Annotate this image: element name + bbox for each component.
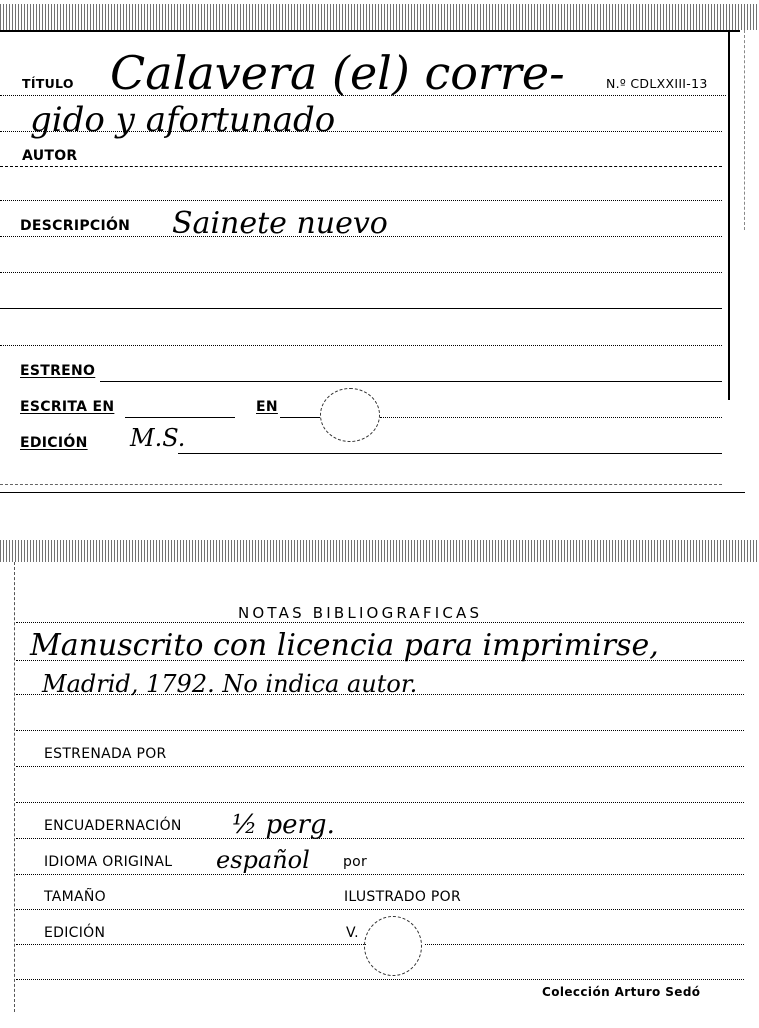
edicion-value: M.S.	[130, 424, 185, 452]
card-separator	[0, 492, 745, 493]
encuadernacion-line	[16, 838, 744, 839]
notas-line-2	[16, 660, 744, 661]
encuadernacion-value: ½ perg.	[232, 810, 335, 840]
idioma-line	[16, 874, 744, 875]
notas-heading: NOTAS BIBLIOGRAFICAS	[238, 604, 482, 622]
edicion-back-line	[16, 944, 366, 945]
idioma-original-label: IDIOMA ORIGINAL	[44, 854, 172, 870]
estrenada-por-line-2	[16, 802, 744, 803]
scan-noise-mid	[0, 540, 759, 562]
stamp-mark-back	[364, 916, 422, 976]
edicion-line	[178, 453, 722, 454]
en-line	[280, 417, 320, 418]
catalog-number: N.º CDLXXIII-13	[606, 76, 708, 91]
en-line-2	[380, 417, 722, 418]
escrita-en-line	[125, 417, 235, 418]
collection-credit: Colección Arturo Sedó	[542, 985, 700, 999]
descripcion-line-3	[0, 308, 722, 309]
descripcion-top-line	[0, 200, 722, 201]
autor-label: AUTOR	[22, 148, 78, 164]
bottom-line	[16, 979, 744, 980]
tamano-label: TAMAÑO	[44, 889, 106, 905]
titulo-line-2	[0, 131, 722, 132]
descripcion-line	[0, 236, 722, 237]
escrita-en-label: ESCRITA EN	[20, 399, 114, 415]
card-bottom-line	[0, 484, 722, 485]
card-right-border	[728, 30, 730, 400]
ilustrado-por-label: ILUSTRADO POR	[344, 889, 461, 905]
scan-edge	[744, 30, 745, 230]
scan-noise-top	[0, 4, 759, 30]
notas-line-3	[16, 694, 744, 695]
notas-line1: Manuscrito con licencia para imprimirse,	[30, 628, 659, 663]
card-left-border	[14, 562, 15, 1012]
por-label: por	[343, 854, 367, 870]
tamano-line	[16, 909, 744, 910]
stamp-mark	[320, 388, 380, 442]
descripcion-line-2	[0, 272, 722, 273]
notas-line-4	[16, 730, 744, 731]
edicion-label: EDICIÓN	[20, 435, 88, 451]
titulo-value-line1: Calavera (el) corre-	[110, 46, 565, 100]
titulo-value-line2: gido y afortunado	[30, 100, 335, 140]
autor-line	[0, 166, 722, 167]
edicion-back-line-2	[425, 944, 744, 945]
titulo-label: TÍTULO	[22, 76, 74, 91]
estrenada-por-line	[16, 766, 744, 767]
encuadernacion-label: ENCUADERNACIÓN	[44, 818, 182, 834]
estreno-label: ESTRENO	[20, 363, 95, 379]
estreno-line	[100, 381, 722, 382]
descripcion-line-4	[0, 345, 722, 346]
en-label: EN	[256, 399, 278, 415]
descripcion-label: DESCRIPCIÓN	[20, 218, 130, 234]
edicion-back-label: EDICIÓN	[44, 925, 105, 941]
notas-line	[16, 622, 744, 623]
v-label: V.	[346, 925, 359, 941]
idioma-original-value: español	[216, 846, 310, 874]
estrenada-por-label: ESTRENADA POR	[44, 746, 167, 762]
titulo-line	[0, 95, 726, 96]
card-top-border	[0, 30, 740, 32]
